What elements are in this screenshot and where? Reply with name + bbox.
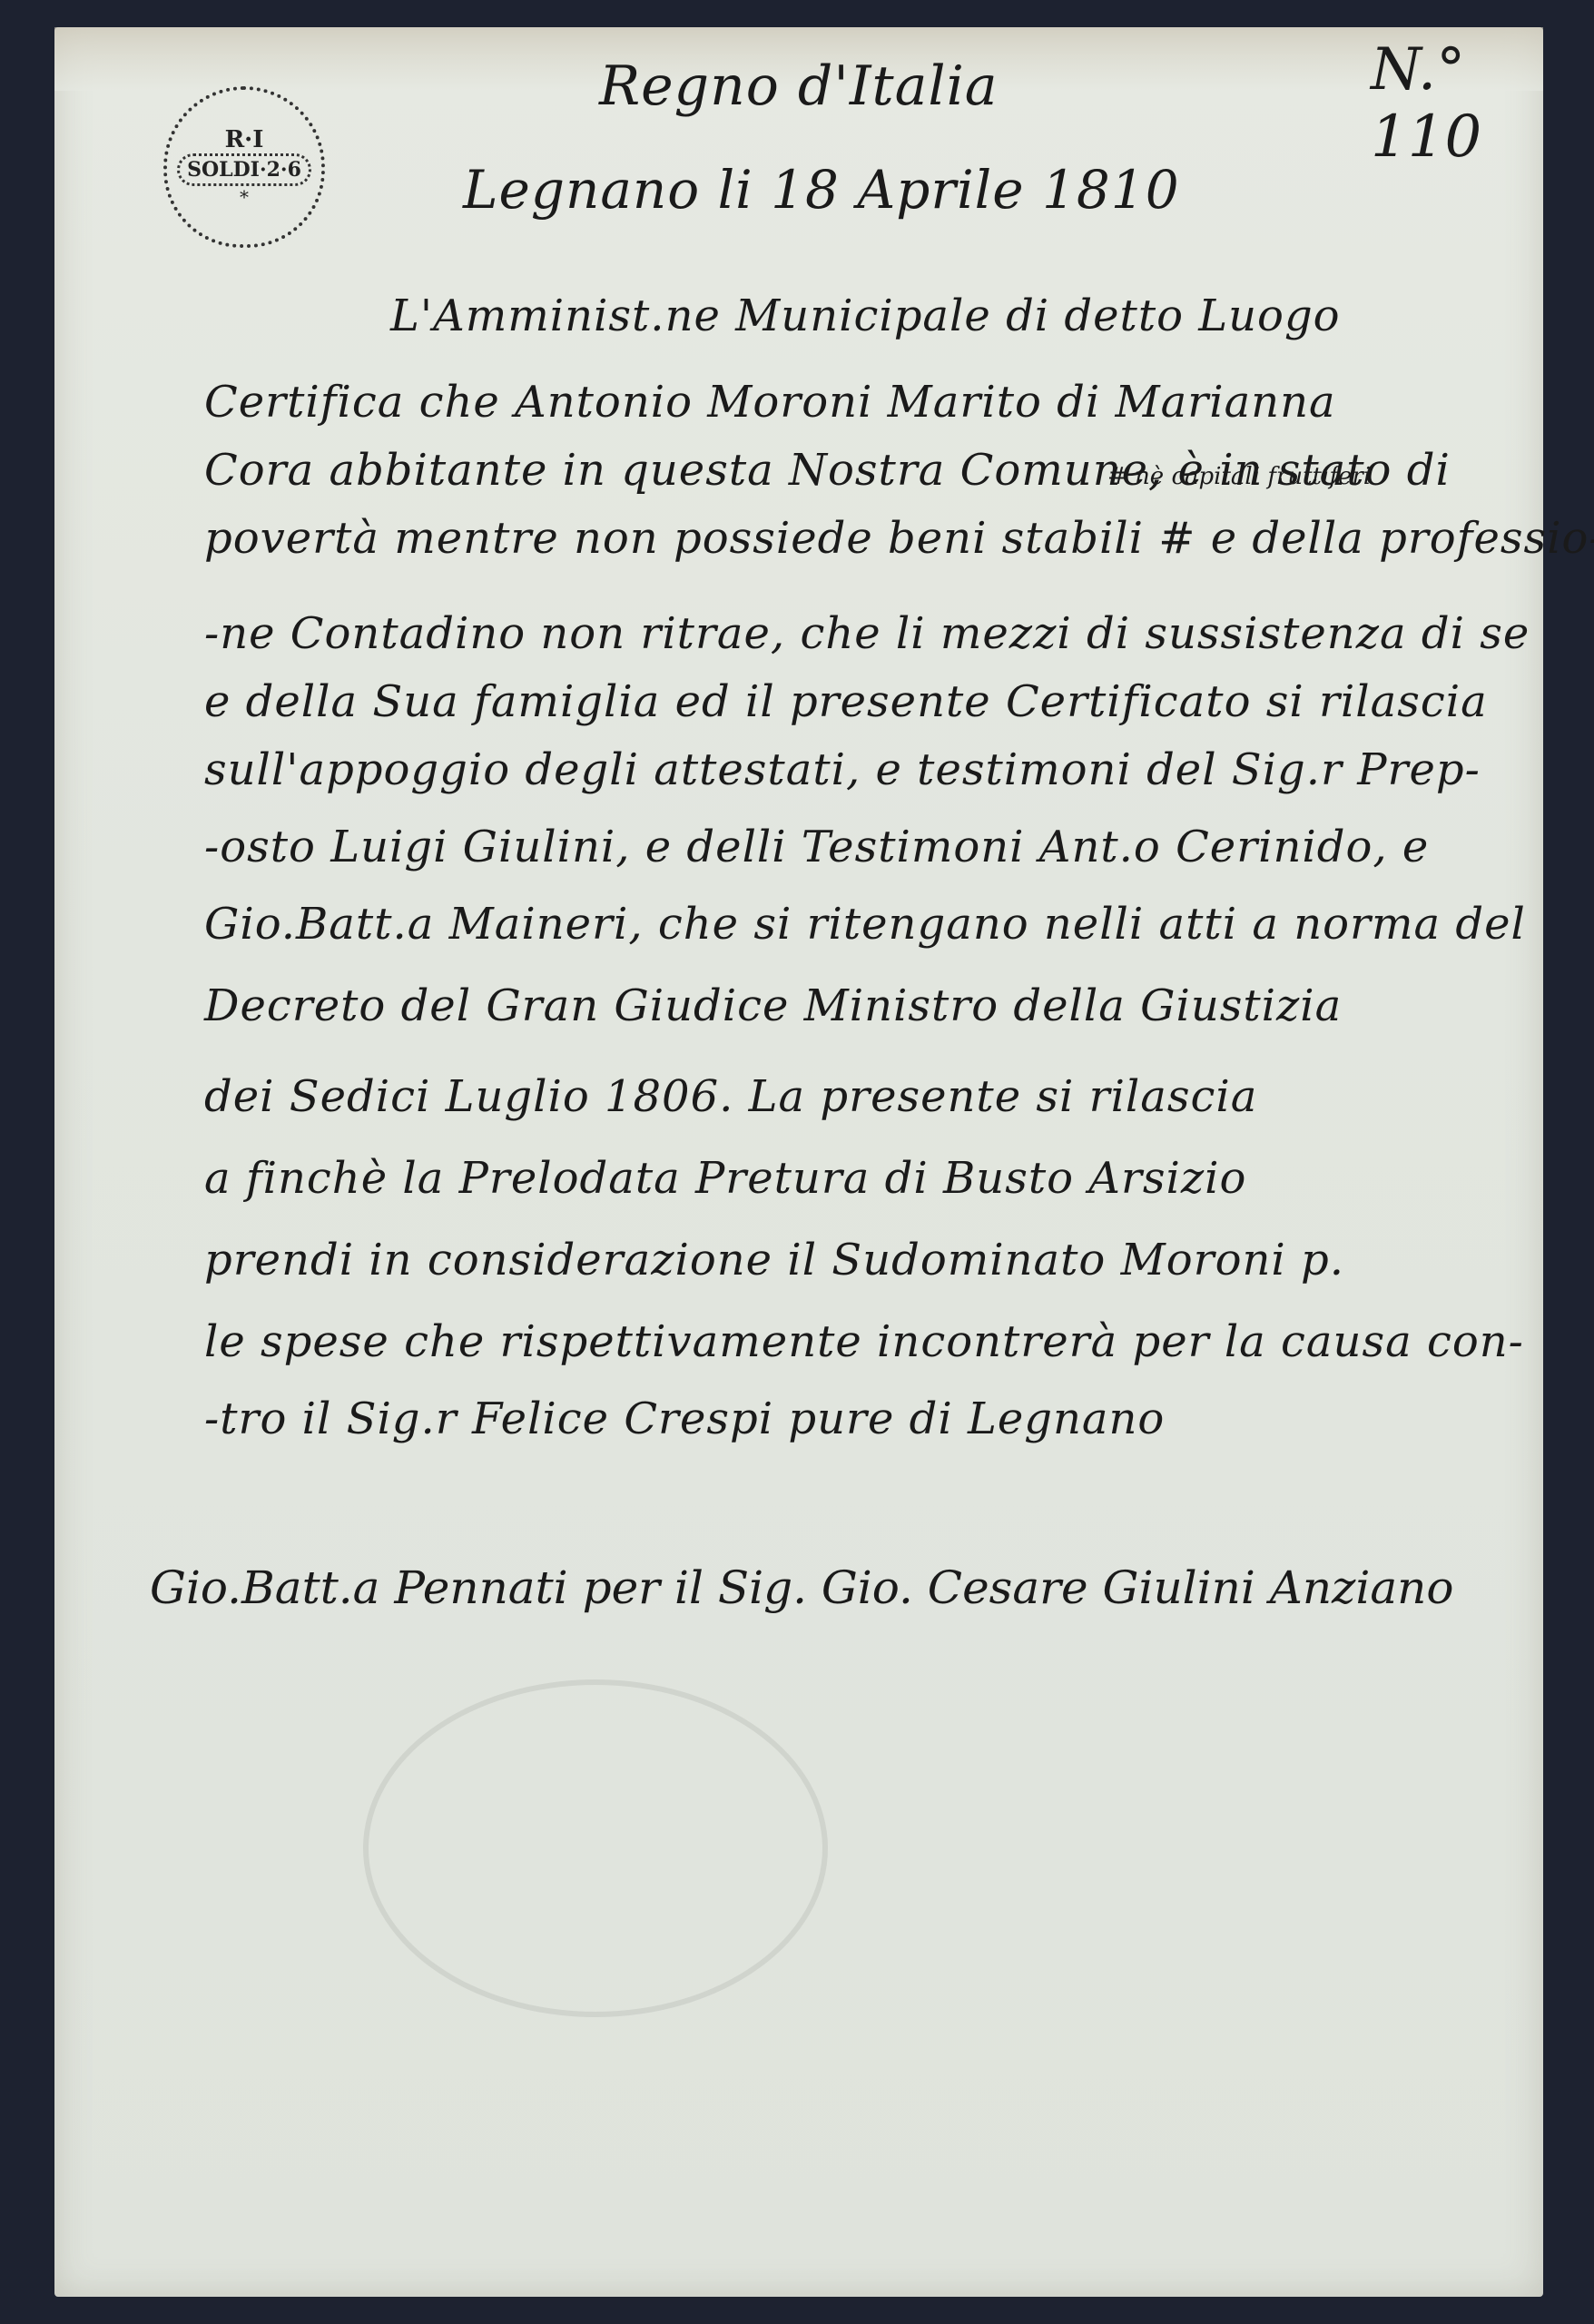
body-line: Cora abbitante in questa Nostra Comune, … <box>204 445 1451 496</box>
body-line: -tro il Sig.r Felice Crespi pure di Legn… <box>204 1393 1165 1444</box>
body-line: Gio.Batt.a Maineri, che si ritengano nel… <box>204 899 1526 950</box>
body-line: sull'appoggio degli attestati, e testimo… <box>204 744 1481 795</box>
body-line: prendi in considerazione il Sudominato M… <box>204 1235 1344 1285</box>
body-line: L'Amminist.ne Municipale di detto Luogo <box>390 290 1341 341</box>
body-line: povertà mentre non possiede beni stabili… <box>204 513 1594 564</box>
document-number: N.° 110 <box>1371 36 1594 171</box>
body-line: e della Sua famiglia ed il presente Cert… <box>204 676 1488 727</box>
body-line: Certifica che Antonio Moroni Marito di M… <box>204 377 1336 428</box>
body-line: dei Sedici Luglio 1806. La presente si r… <box>204 1071 1257 1122</box>
signature: Gio.Batt.a Pennati per il Sig. Gio. Cesa… <box>150 1561 1453 1614</box>
stamp-line1: R·I <box>225 126 264 153</box>
body-line: le spese che rispettivamente incontrerà … <box>204 1316 1524 1367</box>
stamp-line2: SOLDI·2·6 <box>177 153 311 186</box>
faded-seal <box>363 1679 828 2017</box>
document-header: Regno d'Italia <box>599 54 999 118</box>
stamp-star: * <box>240 186 249 208</box>
tax-stamp: R·I SOLDI·2·6 * <box>163 86 325 248</box>
body-line: -ne Contadino non ritrae, che li mezzi d… <box>204 608 1530 659</box>
body-line: Decreto del Gran Giudice Ministro della … <box>204 980 1342 1031</box>
place-date: Legnano li 18 Aprile 1810 <box>463 159 1180 221</box>
body-line: a finchè la Prelodata Pretura di Busto A… <box>204 1153 1246 1204</box>
body-line: -osto Luigi Giulini, e delli Testimoni A… <box>204 822 1429 872</box>
